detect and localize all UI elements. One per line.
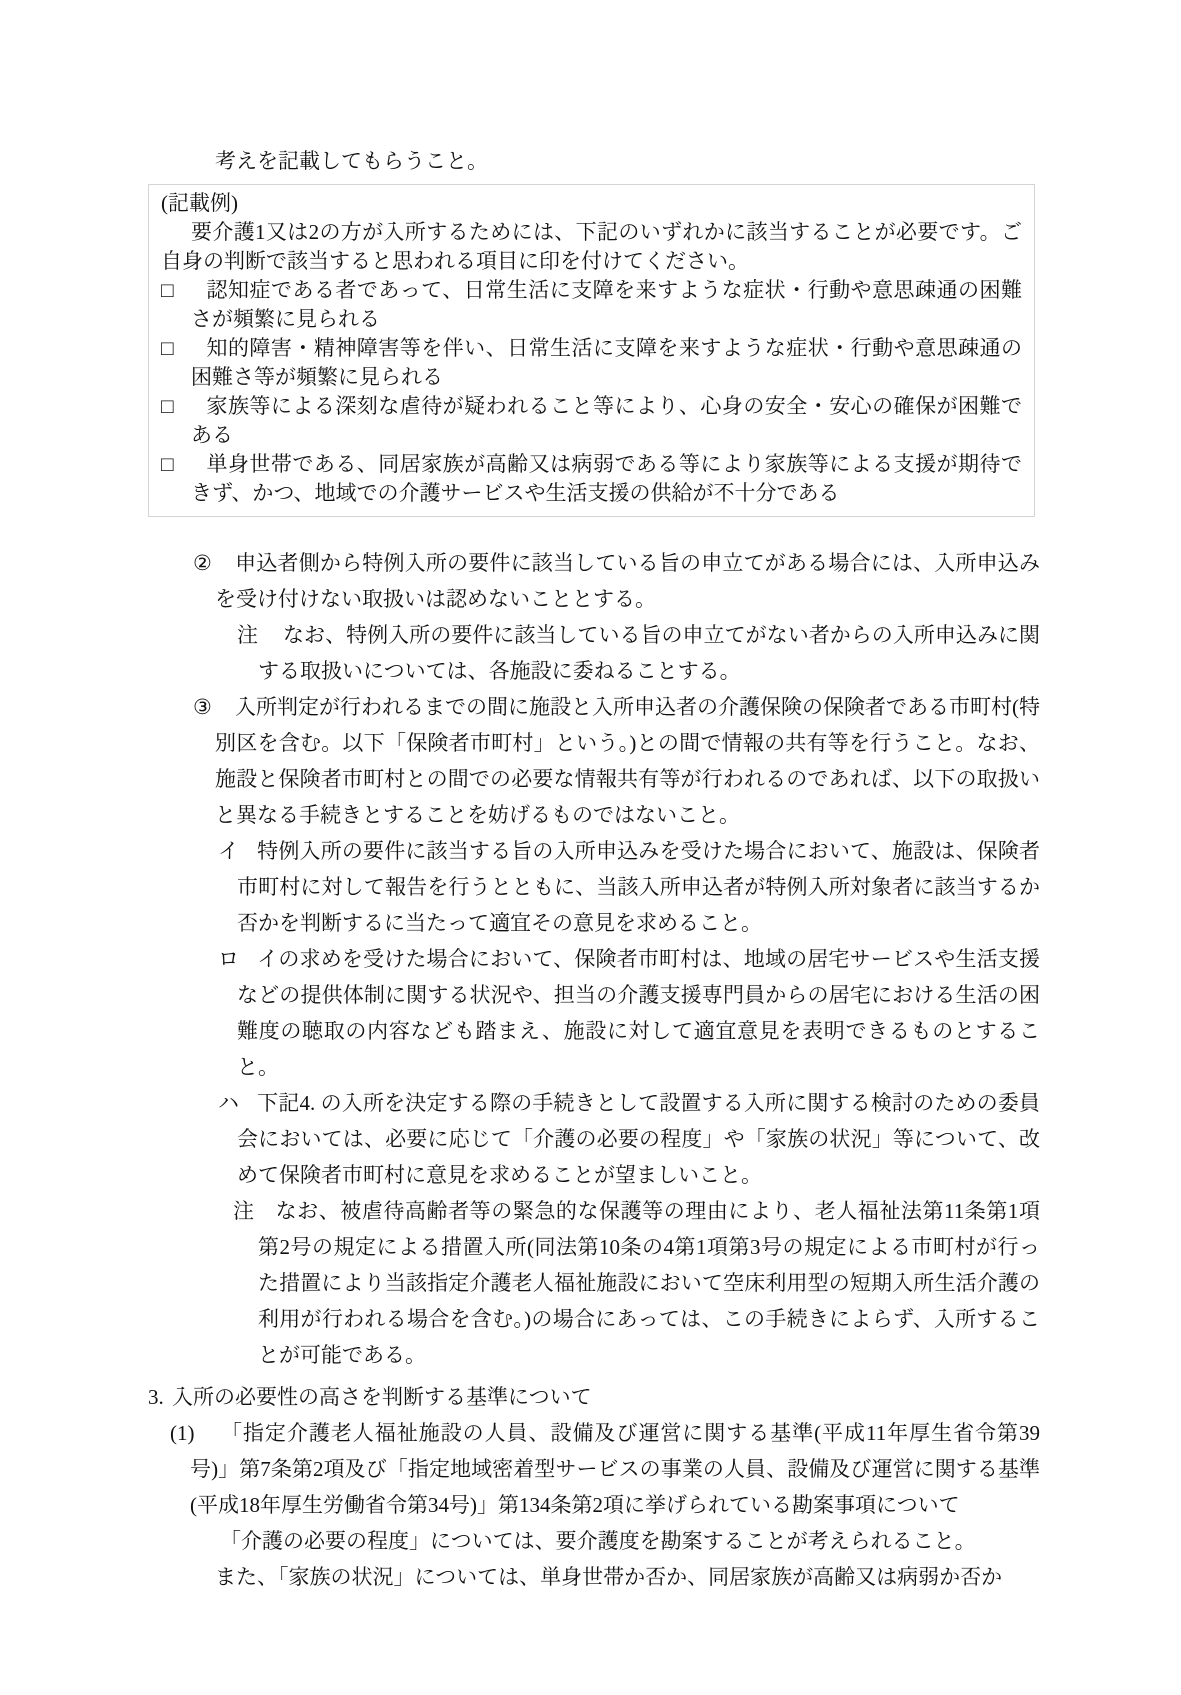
section-3-heading-text: 入所の必要性の高さを判断する基準について (172, 1385, 592, 1409)
note-under-item-2: 注なお、特例入所の要件に該当している旨の申立てがない者からの入所申込みに関する取… (258, 617, 1040, 689)
checkbox-icon: □ (161, 276, 206, 305)
section-3-number: 3. (148, 1379, 172, 1415)
checkbox-item-label: 知的障害・精神障害等を伴い、日常生活に支障を来すような症状・行動や意思疎通の困難… (191, 336, 1022, 389)
numbered-item-2-text: 申込者側から特例入所の要件に該当している旨の申立てがある場合には、入所申込みを受… (215, 551, 1040, 611)
example-box: (記載例) 要介護1又は2の方が入所するためには、下記のいずれかに該当することが… (148, 184, 1035, 517)
sub-item-ro: ロイの求めを受けた場合において、保険者市町村は、地域の居宅サービスや生活支援など… (237, 941, 1040, 1085)
example-box-lead: 要介護1又は2の方が入所するためには、下記のいずれかに該当することが必要です。ご… (161, 218, 1022, 276)
numbered-item-2: ②申込者側から特例入所の要件に該当している旨の申立てがある場合には、入所申込みを… (215, 545, 1040, 617)
kana-marker-ro: ロ (218, 941, 257, 977)
sub-item-i: イ特例入所の要件に該当する旨の入所申込みを受けた場合において、施設は、保険者市町… (237, 833, 1040, 941)
note-under-sub-item-ha: 注なお、被虐待高齢者等の緊急的な保護等の理由により、老人福祉法第11条第1項第2… (258, 1193, 1040, 1373)
checkbox-item: □知的障害・精神障害等を伴い、日常生活に支障を来すような症状・行動や意思疎通の困… (191, 334, 1022, 392)
circled-number-2: ② (193, 545, 235, 581)
document-page: 考えを記載してもらうこと。 (記載例) 要介護1又は2の方が入所するためには、下… (0, 0, 1181, 1695)
note-under-sub-item-ha-text: なお、被虐待高齢者等の緊急的な保護等の理由により、老人福祉法第11条第1項第2号… (258, 1199, 1040, 1367)
note-marker: 注 (233, 1193, 275, 1229)
checkbox-icon: □ (161, 392, 206, 421)
item-1-marker: (1) (170, 1415, 220, 1451)
main-text: ②申込者側から特例入所の要件に該当している旨の申立てがある場合には、入所申込みを… (140, 545, 1040, 1595)
checkbox-item: □認知症である者であって、日常生活に支障を来すような症状・行動や意思疎通の困難さ… (191, 276, 1022, 334)
sub-item-ha-text: 下記4. の入所を決定する際の手続きとして設置する入所に関する検討のための委員会… (237, 1091, 1040, 1187)
section-3-item-1: (1)「指定介護老人福祉施設の人員、設備及び運営に関する基準(平成11年厚生省令… (190, 1415, 1040, 1523)
checkbox-item: □家族等による深刻な虐待が疑われること等により、心身の安全・安心の確保が困難であ… (191, 392, 1022, 450)
intro-line: 考えを記載してもらうこと。 (215, 146, 1040, 176)
checkbox-icon: □ (161, 334, 206, 363)
section-3-item-1-text: 「指定介護老人福祉施設の人員、設備及び運営に関する基準(平成11年厚生省令第39… (190, 1421, 1040, 1517)
kana-marker-i: イ (218, 833, 257, 869)
sub-item-i-text: 特例入所の要件に該当する旨の入所申込みを受けた場合において、施設は、保険者市町村… (237, 839, 1040, 935)
checkbox-item-label: 単身世帯である、同居家族が高齢又は病弱である等により家族等による支援が期待できず… (191, 452, 1022, 505)
example-box-title: (記載例) (161, 189, 1022, 218)
numbered-item-3: ③入所判定が行われるまでの間に施設と入所申込者の介護保険の保険者である市町村(特… (215, 689, 1040, 833)
note-marker: 注 (237, 617, 283, 653)
circled-number-3: ③ (193, 689, 235, 725)
kana-marker-ha: ハ (218, 1085, 257, 1121)
sub-item-ha: ハ下記4. の入所を決定する際の手続きとして設置する入所に関する検討のための委員… (237, 1085, 1040, 1193)
section-3-heading: 3.入所の必要性の高さを判断する基準について (148, 1379, 1040, 1415)
section-3-item-1-para3: また、「家族の状況」については、単身世帯か否か、同居家族が高齢又は病弱か否か (215, 1559, 1040, 1595)
checkbox-item-label: 認知症である者であって、日常生活に支障を来すような症状・行動や意思疎通の困難さが… (191, 278, 1022, 331)
checkbox-item: □単身世帯である、同居家族が高齢又は病弱である等により家族等による支援が期待でき… (191, 450, 1022, 508)
numbered-item-3-text: 入所判定が行われるまでの間に施設と入所申込者の介護保険の保険者である市町村(特別… (215, 695, 1040, 827)
checkbox-item-label: 家族等による深刻な虐待が疑われること等により、心身の安全・安心の確保が困難である (191, 394, 1022, 447)
section-3-item-1-para2: 「介護の必要の程度」については、要介護度を勘案することが考えられること。 (220, 1523, 1040, 1559)
note-under-item-2-text: なお、特例入所の要件に該当している旨の申立てがない者からの入所申込みに関する取扱… (258, 623, 1040, 683)
sub-item-ro-text: イの求めを受けた場合において、保険者市町村は、地域の居宅サービスや生活支援などの… (237, 947, 1040, 1079)
checkbox-icon: □ (161, 450, 206, 479)
